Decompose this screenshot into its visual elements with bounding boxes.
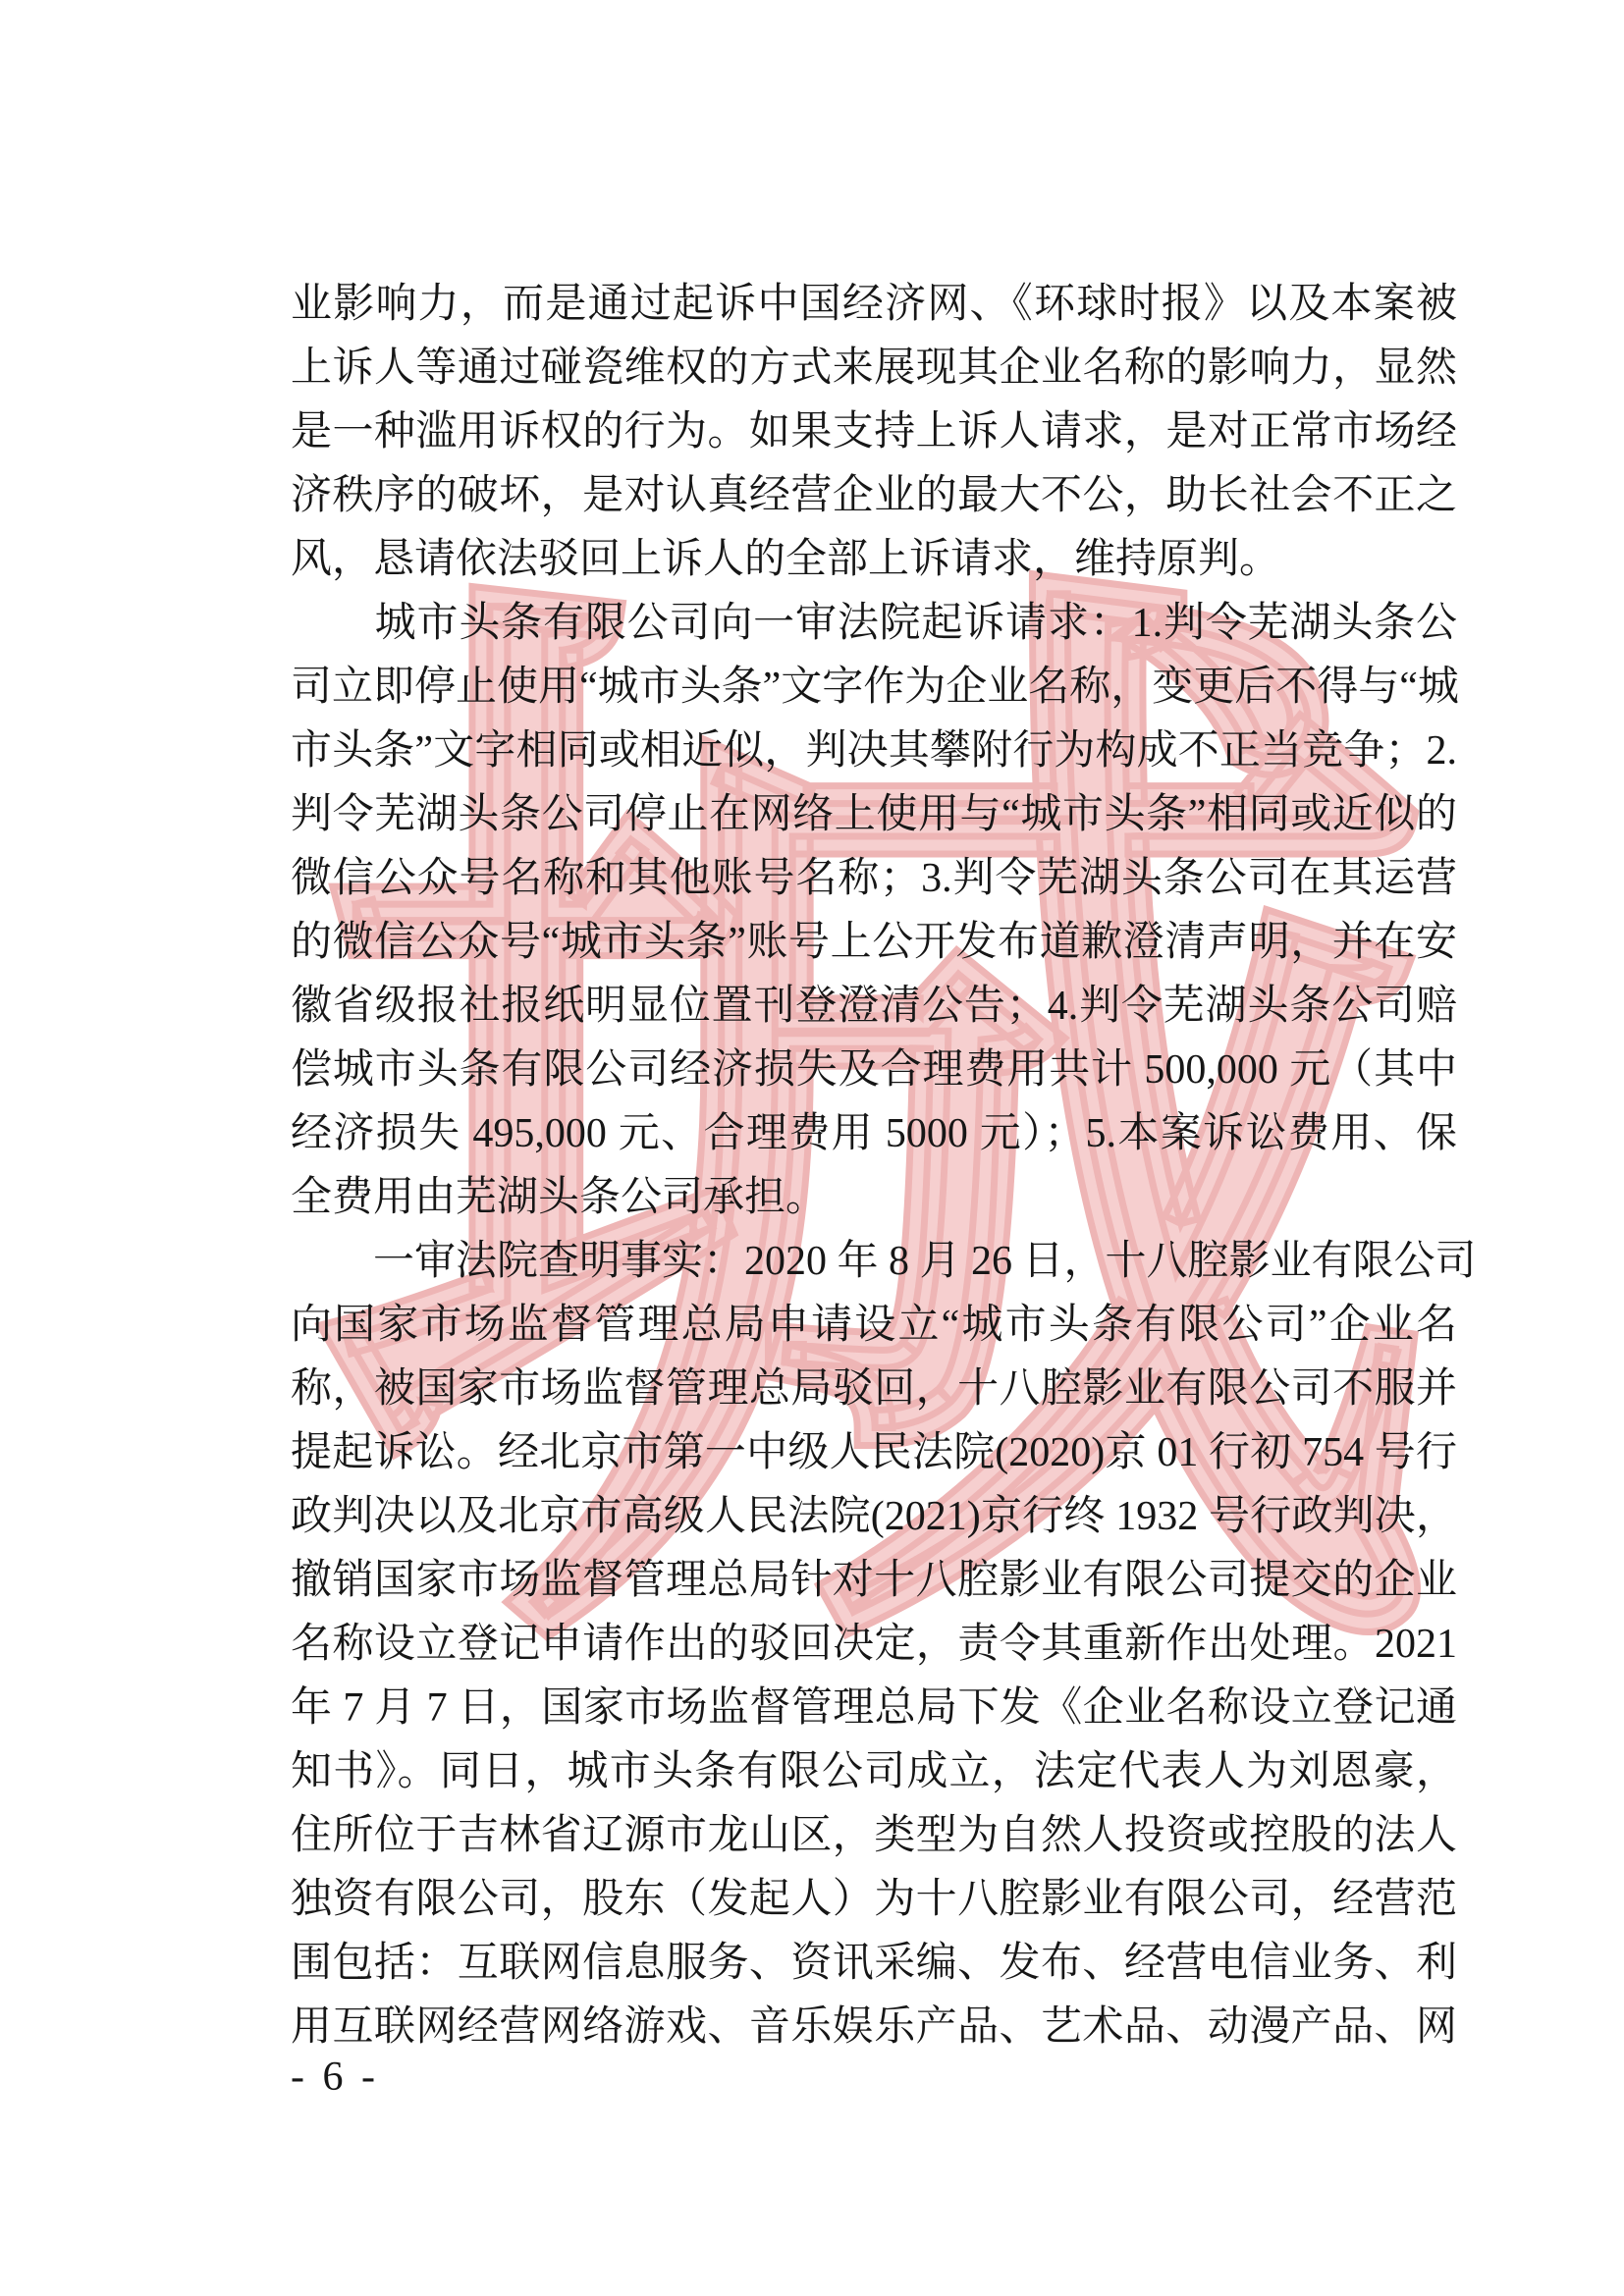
text-line: 风，恳请依法驳回上诉人的全部上诉请求，维持原判。 [291, 528, 1457, 592]
text-line: 市头条”文字相同或相近似，判决其攀附行为构成不正当竞争；2. [291, 720, 1457, 783]
text-line: 名称设立登记申请作出的驳回决定，责令其重新作出处理。2021 [291, 1613, 1457, 1677]
text-line: 政判决以及北京市高级人民法院(2021)京行终 1932 号行政判决， [291, 1485, 1457, 1549]
text-line: 业影响力，而是通过起诉中国经济网、《环球时报》以及本案被 [291, 273, 1457, 337]
text-line: 向国家市场监督管理总局申请设立“城市头条有限公司”企业名 [291, 1294, 1457, 1358]
text-line: 住所位于吉林省辽源市龙山区，类型为自然人投资或控股的法人 [291, 1804, 1457, 1868]
text-line: 判令芜湖头条公司停止在网络上使用与“城市头条”相同或近似的 [291, 783, 1457, 847]
text-line: 围包括：互联网信息服务、资讯采编、发布、经营电信业务、利 [291, 1932, 1457, 1996]
text-line: 微信公众号名称和其他账号名称；3.判令芜湖头条公司在其运营 [291, 847, 1457, 911]
text-line: 司立即停止使用“城市头条”文字作为企业名称，变更后不得与“城 [291, 656, 1457, 720]
text-line: 偿城市头条有限公司经济损失及合理费用共计 500,000 元（其中 [291, 1039, 1457, 1102]
text-line: 撤销国家市场监督管理总局针对十八腔影业有限公司提交的企业 [291, 1549, 1457, 1613]
text-line: 经济损失 495,000 元、合理费用 5000 元）；5.本案诉讼费用、保 [291, 1102, 1457, 1166]
document-body: 业影响力，而是通过起诉中国经济网、《环球时报》以及本案被上诉人等通过碰瓷维权的方… [291, 273, 1457, 2059]
text-line: 独资有限公司，股东（发起人）为十八腔影业有限公司，经营范 [291, 1868, 1457, 1932]
text-line: 知书》。同日，城市头条有限公司成立，法定代表人为刘恩豪， [291, 1740, 1457, 1804]
text-line: 上诉人等通过碰瓷维权的方式来展现其企业名称的影响力，显然 [291, 337, 1457, 400]
page-number: - 6 - [291, 2056, 379, 2099]
text-line: 称，被国家市场监督管理总局驳回，十八腔影业有限公司不服并 [291, 1358, 1457, 1421]
text-line: 年 7 月 7 日，国家市场监督管理总局下发《企业名称设立登记通 [291, 1677, 1457, 1740]
text-line: 是一种滥用诉权的行为。如果支持上诉人请求，是对正常市场经 [291, 400, 1457, 464]
text-line: 徽省级报社报纸明显位置刊登澄清公告；4.判令芜湖头条公司赔 [291, 975, 1457, 1039]
text-line: 用互联网经营网络游戏、音乐娱乐产品、艺术品、动漫产品、网 [291, 1996, 1457, 2059]
text-line: 济秩序的破坏，是对认真经营企业的最大不公，助长社会不正之 [291, 464, 1457, 528]
text-line: 城市头条有限公司向一审法院起诉请求：1.判令芜湖头条公 [291, 592, 1457, 656]
text-line: 提起诉讼。经北京市第一中级人民法院(2020)京 01 行初 754 号行 [291, 1421, 1457, 1485]
text-line: 的微信公众号“城市头条”账号上公开发布道歉澄清声明，并在安 [291, 911, 1457, 975]
text-line: 全费用由芜湖头条公司承担。 [291, 1166, 1457, 1230]
text-line: 一审法院查明事实：2020 年 8 月 26 日，十八腔影业有限公司 [291, 1230, 1457, 1294]
document-page: 城 业影响力，而是通过起诉中国经济网、《环球时报》以及本案被上诉人等通过碰瓷维权… [0, 0, 1624, 2296]
